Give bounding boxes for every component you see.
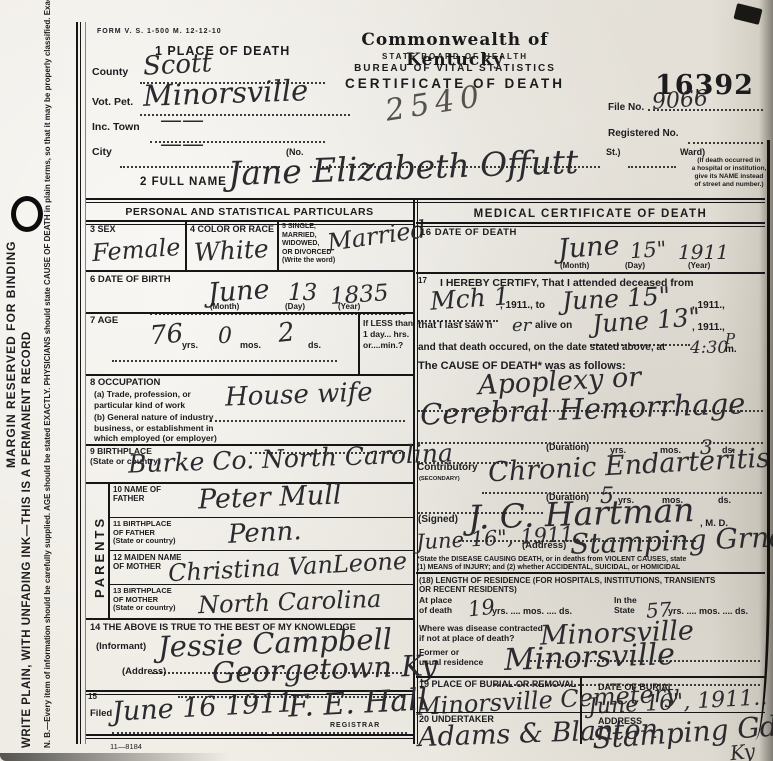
filed-label: Filed xyxy=(90,708,112,719)
rule-after-dod xyxy=(416,272,765,274)
date-of-death-label: 16 DATE OF DEATH xyxy=(420,227,517,238)
color-race-label: 4 COLOR OR RACE xyxy=(190,224,274,234)
county-label: County xyxy=(92,66,128,78)
margin-nb-note: N. B.—Every item of information should b… xyxy=(43,0,53,748)
contrib-duration-ds: ds. xyxy=(718,495,731,505)
state-board-line: STATE BOARD OF HEALTH xyxy=(330,52,580,61)
rule-after-footnote xyxy=(416,572,765,574)
dob-sub-year: (Year) xyxy=(338,302,360,311)
st-label: St.) xyxy=(606,147,621,157)
occupation-label: 8 OCCUPATION xyxy=(90,377,160,388)
cause-duration-label: (Duration) xyxy=(546,442,589,452)
color-race-value: White xyxy=(193,234,269,267)
cause-value-line2: Cerebral Hemorrhage xyxy=(420,386,746,431)
dod-sub-year: (Year) xyxy=(688,261,710,270)
parents-label: PARENTS xyxy=(92,516,107,598)
signed-address-label: (Address) xyxy=(522,540,566,551)
file-no-label: File No. xyxy=(608,102,644,113)
registrar-label: REGISTRAR xyxy=(330,722,380,729)
at-place-label: At place of death xyxy=(419,596,452,615)
form-left-rule xyxy=(85,22,86,744)
certify-num: 17 xyxy=(418,276,427,285)
hole-punch xyxy=(11,196,43,232)
occupation-a-label: (a) Trade, profession, or particular kin… xyxy=(94,389,191,410)
registered-no-label: Registered No. xyxy=(608,128,679,139)
sex-label: 3 SEX xyxy=(90,224,116,234)
in-state-units: yrs. .... mos. .... ds. xyxy=(668,606,748,616)
at-place-units: yrs. .... mos. .... ds. xyxy=(492,606,572,616)
residence-label: (18) LENGTH OF RESIDENCE (FOR HOSPITALS,… xyxy=(419,576,715,594)
full-name-label: 2 FULL NAME xyxy=(140,176,227,188)
contracted-label: Where was disease contracted if not at p… xyxy=(419,624,543,643)
rule-after-dob xyxy=(86,312,413,314)
ward-line xyxy=(628,152,676,168)
age-line xyxy=(112,346,337,362)
rule-after-age xyxy=(86,374,413,376)
mother-birthplace-label: 13 BIRTHPLACE OF MOTHER (State or countr… xyxy=(113,587,176,613)
father-name-value: Peter Mull xyxy=(198,480,343,516)
undertaker-address-value2: Ky xyxy=(729,739,756,761)
occupation-a-line xyxy=(210,406,405,422)
alive-label: alive on xyxy=(535,320,572,331)
alive-year: , 1911., xyxy=(692,322,725,333)
sex-value: Female xyxy=(91,233,181,267)
bureau-line: BUREAU OF VITAL STATISTICS xyxy=(330,63,580,74)
ward-label: Ward) xyxy=(680,147,705,157)
father-name-label: 10 NAME OF FATHER xyxy=(113,485,161,503)
rule-after-parents xyxy=(86,618,413,620)
dod-sub-month: (Month) xyxy=(560,261,589,270)
cause-footnote: *State the DISEASE CAUSING DEATH, or in … xyxy=(417,556,686,572)
age-ds-value: 2 xyxy=(276,317,296,349)
in-state-label: In the State xyxy=(614,596,637,615)
inc-town-label: Inc. Town xyxy=(92,121,140,133)
death-time-m: m. xyxy=(725,344,737,355)
certify-from-year: , 1911., to xyxy=(500,300,545,311)
age-box-divider xyxy=(358,312,360,374)
sex-color-divider xyxy=(185,220,187,270)
death-time-value: 4:30 xyxy=(690,338,728,358)
death-time-label: and that death occured, on the date stat… xyxy=(418,342,665,353)
form-code: 11—8184 xyxy=(110,742,142,751)
precinct-label: Vot. Pet. xyxy=(92,96,133,108)
personal-section-title: PERSONAL AND STATISTICAL PARTICULARS xyxy=(86,206,413,218)
saw-pronoun: er xyxy=(512,315,531,336)
signed-label: (Signed) xyxy=(418,514,458,525)
scan-bottom-smudge xyxy=(0,753,230,761)
death-certificate-scan: MARGIN RESERVED FOR BINDING WRITE PLAIN,… xyxy=(0,0,773,761)
filed-line xyxy=(112,718,267,734)
age-less-note: If LESS than 1 day... hrs. or....min.? xyxy=(363,318,413,351)
contributory-sub: (SECONDARY) xyxy=(419,476,460,482)
scan-edge-streak xyxy=(755,140,770,740)
medical-section-title: MEDICAL CERTIFICATE OF DEATH xyxy=(418,208,763,220)
contributory-label: Contributory xyxy=(417,462,478,473)
file-no-line xyxy=(648,95,763,111)
margin-reserved-text: MARGIN RESERVED FOR BINDING xyxy=(4,241,18,468)
mother-name-value: Christina VanLeone xyxy=(167,547,407,587)
left-column-bottom-rule xyxy=(86,734,413,739)
former-label: Former or usual residence xyxy=(419,648,483,667)
rule-after-residence xyxy=(416,676,765,678)
informant-label: (Informant) xyxy=(96,641,146,652)
dob-sub-day: (Day) xyxy=(285,302,305,311)
father-birthplace-label: 11 BIRTHPLACE OF FATHER (State or countr… xyxy=(113,520,176,546)
dob-label: 6 DATE OF BIRTH xyxy=(90,274,171,285)
header-bottom-rule xyxy=(86,198,765,203)
informant-address-label: (Address) xyxy=(122,666,166,677)
dod-sub-day: (Day) xyxy=(625,261,645,270)
mother-birthplace-value: North Carolina xyxy=(198,585,382,619)
margin-divider-rule xyxy=(76,22,81,744)
age-label: 7 AGE xyxy=(90,315,118,326)
filed-num: 15 xyxy=(88,692,97,701)
signed-address-value: Stamping Grnd xyxy=(569,520,773,561)
form-number: FORM V. S. 1-500 M. 12-12-10 xyxy=(97,28,222,35)
color-marital-divider xyxy=(277,220,279,270)
margin-write-plain-text: WRITE PLAIN, WITH UNFADING INK—THIS IS A… xyxy=(21,331,33,748)
saw-label: that I last saw h xyxy=(418,320,492,331)
father-birthplace-value: Penn. xyxy=(227,516,302,550)
occupation-b-label: (b) General nature of industry business,… xyxy=(94,412,217,444)
city-label: City xyxy=(92,146,112,158)
dob-sub-month: (Month) xyxy=(210,302,239,311)
registered-no-line xyxy=(688,128,763,144)
rule-after-burial xyxy=(416,712,765,713)
rule-after-sex-row xyxy=(86,270,413,272)
